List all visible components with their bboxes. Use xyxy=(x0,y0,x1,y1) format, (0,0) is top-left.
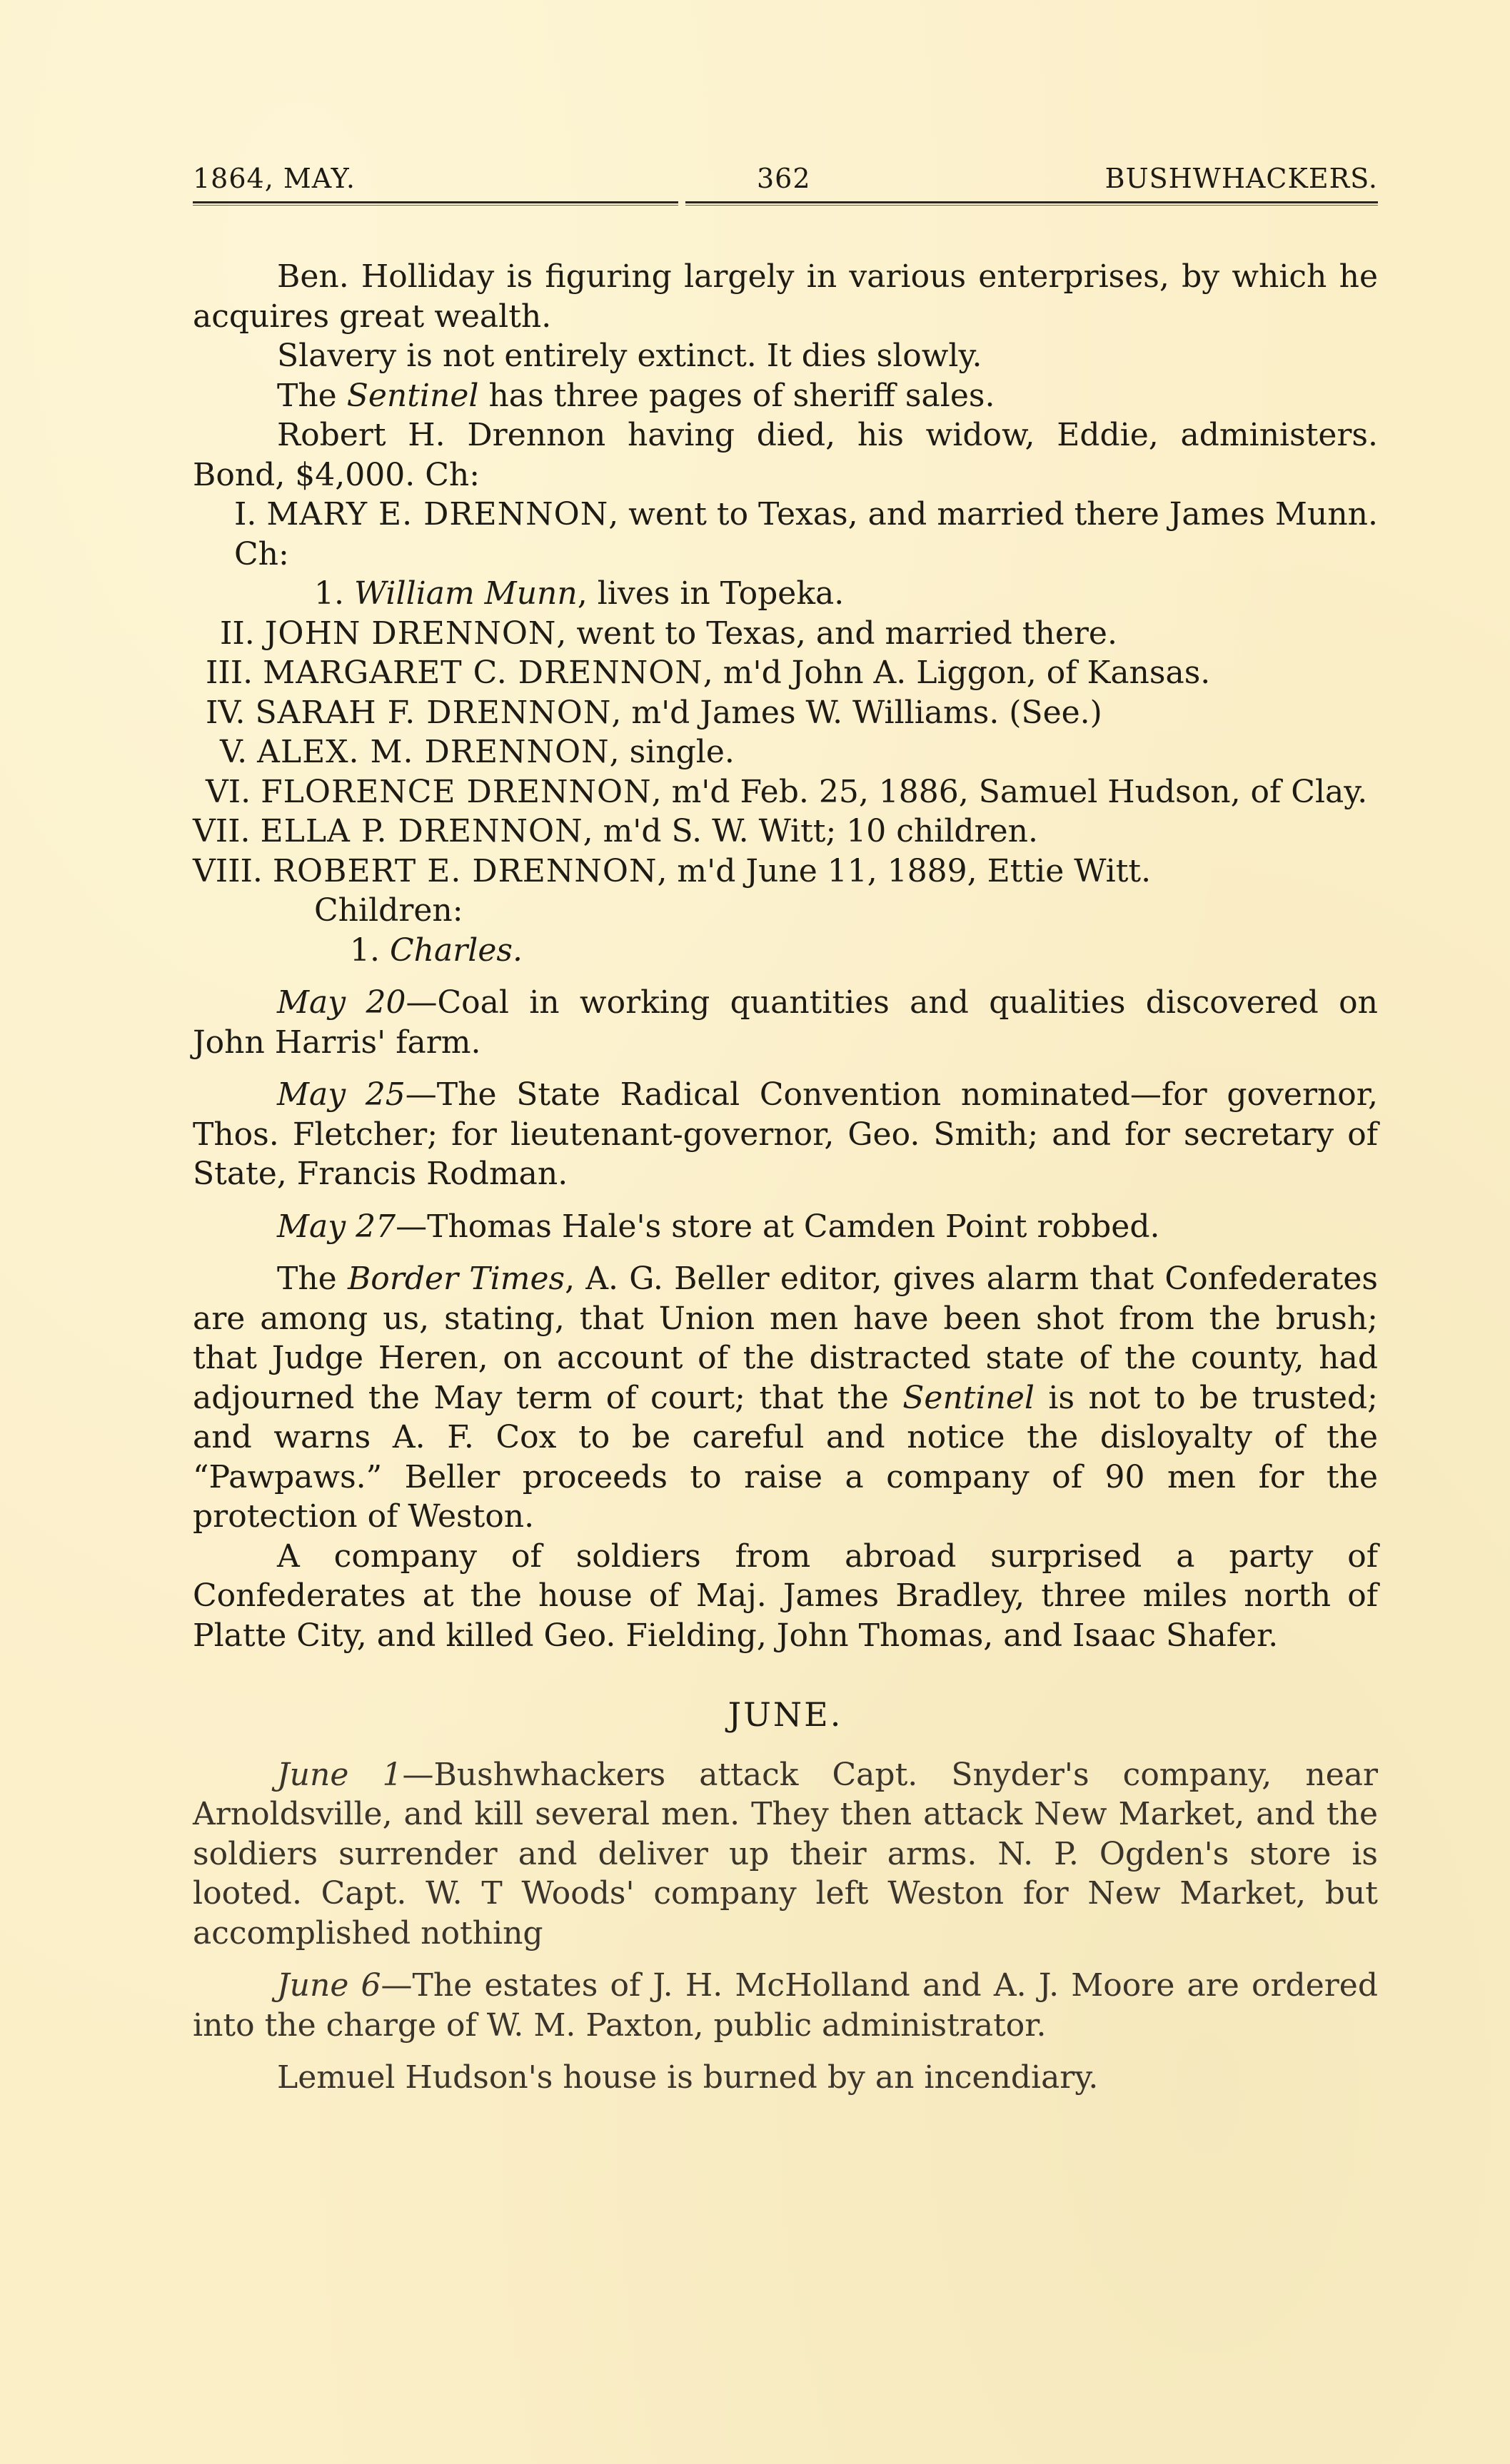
genealogy-item: I. MARY E. DRENNON, went to Texas, and m… xyxy=(193,495,1378,574)
person-name: ELLA P. DRENNON xyxy=(261,813,583,849)
header-date: 1864, MAY. xyxy=(193,163,356,194)
person-name: MARGARET C. DRENNON xyxy=(263,655,703,691)
section-heading-june: JUNE. xyxy=(193,1695,1378,1735)
paragraph-sentinel: The Sentinel has three pages of sheriff … xyxy=(193,376,1378,416)
person-name: ALEX. M. DRENNON xyxy=(257,734,610,770)
newspaper-title: Sentinel xyxy=(902,1380,1035,1416)
paragraph-company: A company of soldiers from abroad surpri… xyxy=(193,1537,1378,1656)
roman-numeral: VIII. xyxy=(193,853,263,889)
child-name: William Munn xyxy=(354,575,578,612)
entry-date: May 20 xyxy=(277,984,406,1021)
newspaper-title: Border Times xyxy=(348,1261,565,1297)
child-number: 1. xyxy=(350,932,380,969)
child-number: 1. xyxy=(314,575,344,612)
page-body: Ben. Holliday is figuring largely in var… xyxy=(193,257,1378,2098)
person-details: , m'd June 11, 1889, Ettie Witt. xyxy=(657,853,1151,889)
person-name: MARY E. DRENNON xyxy=(266,496,608,532)
entry-may-20: May 20—Coal in working quantities and qu… xyxy=(193,983,1378,1062)
text: has three pages of sheriff sales. xyxy=(478,378,995,414)
text: The xyxy=(277,1261,348,1297)
person-name: ROBERT E. DRENNON xyxy=(273,853,658,889)
person-details: , single. xyxy=(610,734,735,770)
person-details: , m'd John A. Liggon, of Kansas. xyxy=(703,655,1211,691)
genealogy-item: III. MARGARET C. DRENNON, m'd John A. Li… xyxy=(193,653,1378,693)
paragraph-border-times: The Border Times, A. G. Beller editor, g… xyxy=(193,1259,1378,1537)
genealogy-item: VII. ELLA P. DRENNON, m'd S. W. Witt; 10… xyxy=(193,812,1378,852)
person-details: , m'd S. W. Witt; 10 children. xyxy=(583,813,1038,849)
roman-numeral: II. xyxy=(220,615,255,652)
person-details: , m'd James W. Williams. (See.) xyxy=(611,695,1102,731)
person-details: , went to Texas, and married there. xyxy=(556,615,1117,652)
child-name: Charles. xyxy=(390,932,523,969)
roman-numeral: IV. xyxy=(206,695,245,731)
roman-numeral: V. xyxy=(220,734,247,770)
header-rule-left xyxy=(193,201,678,206)
running-head: 1864, MAY. 362 BUSHWHACKERS. xyxy=(193,143,1378,200)
entry-text: —Thomas Hale's store at Camden Point rob… xyxy=(396,1208,1159,1245)
paragraph-drennon: Robert H. Drennon having died, his widow… xyxy=(193,415,1378,495)
roman-numeral: VII. xyxy=(193,813,251,849)
child-item: 1. Charles. xyxy=(193,931,1378,971)
genealogy-item: IV. SARAH F. DRENNON, m'd James W. Willi… xyxy=(193,693,1378,733)
book-page: 1864, MAY. 362 BUSHWHACKERS. Ben. Hollid… xyxy=(193,143,1378,200)
entry-june-6: June 6—The estates of J. H. McHolland an… xyxy=(193,1966,1378,2045)
paragraph-holliday: Ben. Holliday is figuring largely in var… xyxy=(193,257,1378,336)
entry-date: June 1 xyxy=(277,1757,402,1793)
genealogy-item: VIII. ROBERT E. DRENNON, m'd June 11, 18… xyxy=(193,852,1378,892)
person-name: SARAH F. DRENNON xyxy=(255,695,611,731)
entry-may-25: May 25—The State Radical Convention nomi… xyxy=(193,1075,1378,1194)
roman-numeral: I. xyxy=(234,496,256,532)
roman-numeral: VI. xyxy=(206,774,251,810)
roman-numeral: III. xyxy=(206,655,253,691)
header-rule-right xyxy=(685,201,1378,206)
entry-date: June 6 xyxy=(277,1967,381,2004)
entry-june-1: June 1—Bushwhackers attack Capt. Snyder'… xyxy=(193,1755,1378,1954)
newspaper-title: Sentinel xyxy=(347,378,479,414)
entry-date: May 25 xyxy=(277,1076,406,1113)
entry-may-27: May 27—Thomas Hale's store at Camden Poi… xyxy=(193,1207,1378,1247)
header-title: BUSHWHACKERS. xyxy=(1105,163,1378,194)
genealogy-item: V. ALEX. M. DRENNON, single. xyxy=(193,732,1378,772)
person-name: FLORENCE DRENNON xyxy=(261,774,651,810)
genealogy-item: VI. FLORENCE DRENNON, m'd Feb. 25, 1886,… xyxy=(193,772,1378,812)
person-details: , m'd Feb. 25, 1886, Samuel Hudson, of C… xyxy=(652,774,1368,810)
entry-date: May 27 xyxy=(277,1208,396,1245)
person-name: JOHN DRENNON xyxy=(265,615,557,652)
child-details: , lives in Topeka. xyxy=(578,575,844,612)
page-number: 362 xyxy=(757,163,811,194)
child-item: 1. William Munn, lives in Topeka. xyxy=(193,574,1378,614)
text: The xyxy=(277,378,347,414)
children-label: Children: xyxy=(193,891,1378,931)
paragraph-slavery: Slavery is not entirely extinct. It dies… xyxy=(193,336,1378,376)
paragraph-hudson-house: Lemuel Hudson's house is burned by an in… xyxy=(193,2058,1378,2098)
genealogy-item: II. JOHN DRENNON, went to Texas, and mar… xyxy=(193,614,1378,654)
